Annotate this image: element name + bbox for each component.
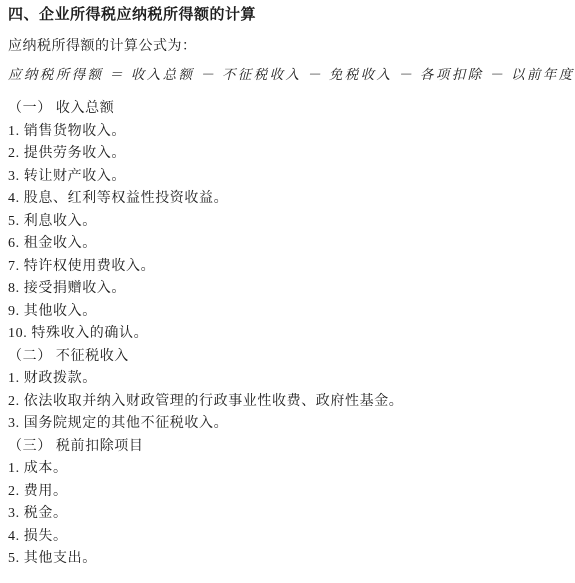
list-item: 7. 特许权使用费收入。: [8, 256, 571, 279]
list-item: 1. 成本。: [8, 458, 571, 481]
list-item: 4. 损失。: [8, 526, 571, 549]
list-item: 1. 财政拨款。: [8, 368, 571, 391]
section-heading-nontaxable-income: （二） 不征税收入: [8, 346, 571, 369]
document-page: 四、企业所得税应纳税所得额的计算 应纳税所得额的计算公式为： 应纳税所得额 ＝ …: [0, 0, 575, 583]
list-item: 5. 其他支出。: [8, 548, 571, 571]
list-item: 2. 提供劳务收入。: [8, 143, 571, 166]
list-item: 3. 转让财产收入。: [8, 166, 571, 189]
formula-text: 应纳税所得额 ＝ 收入总额 － 不征税收入 － 免税收入 － 各项扣除 － 以前…: [8, 67, 571, 82]
list-item: 5. 利息收入。: [8, 211, 571, 234]
list-item: 3. 国务院规定的其他不征税收入。: [8, 413, 571, 436]
list-item: 10. 特殊收入的确认。: [8, 323, 571, 346]
page-title: 四、企业所得税应纳税所得额的计算: [8, 7, 571, 23]
list-item: 2. 依法收取并纳入财政管理的行政事业性收费、政府性基金。: [8, 391, 571, 414]
list-item: 8. 接受捐赠收入。: [8, 278, 571, 301]
list-item: 4. 股息、红利等权益性投资收益。: [8, 188, 571, 211]
list-item: 2. 费用。: [8, 481, 571, 504]
intro-text: 应纳税所得额的计算公式为：: [8, 39, 571, 54]
list-item: 1. 销售货物收入。: [8, 121, 571, 144]
section-heading-income-total: （一） 收入总额: [8, 98, 571, 121]
section-heading-pretax-deductions: （三） 税前扣除项目: [8, 436, 571, 459]
list-item: 3. 税金。: [8, 503, 571, 526]
list-item: 6. 租金收入。: [8, 233, 571, 256]
list-item: 9. 其他收入。: [8, 301, 571, 324]
